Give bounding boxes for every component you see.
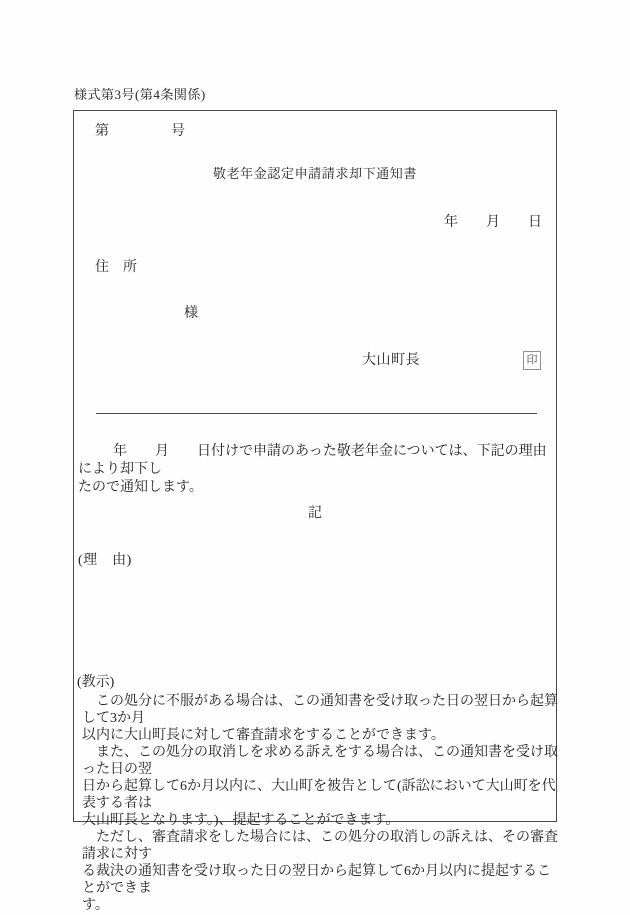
reason-label: (理 由)	[78, 553, 132, 570]
sender-name: 大山町長	[362, 353, 420, 370]
seal-stamp: 印	[523, 351, 541, 370]
address-label: 住 所	[95, 260, 137, 277]
date-line: 年 月 日	[444, 215, 542, 232]
form-number-label: 様式第3号(第4条関係)	[74, 84, 206, 103]
document-frame: 第 号 敬老年金認定申請請求却下通知書 年 月 日 住 所 様 大山町長 印 年…	[73, 110, 557, 822]
instructions-label: (教示)	[77, 675, 114, 692]
doc-number-prefix: 第	[95, 124, 109, 141]
ki-heading: 記	[74, 506, 556, 523]
doc-number-suffix: 号	[171, 124, 185, 141]
document-title: 敬老年金認定申請請求却下通知書	[74, 166, 556, 182]
document-page: 様式第3号(第4条関係) 第 号 敬老年金認定申請請求却下通知書 年 月 日 住…	[0, 0, 630, 915]
divider-line	[96, 413, 537, 414]
addressee-honorific: 様	[184, 306, 198, 323]
body-paragraph: 年 月 日付けで申請のあった敬老年金については、下記の理由により却下し たので通…	[78, 443, 556, 497]
instructions-text: この処分に不服がある場合は、この通知書を受け取った日の翌日から起算して3か月 以…	[82, 693, 560, 914]
